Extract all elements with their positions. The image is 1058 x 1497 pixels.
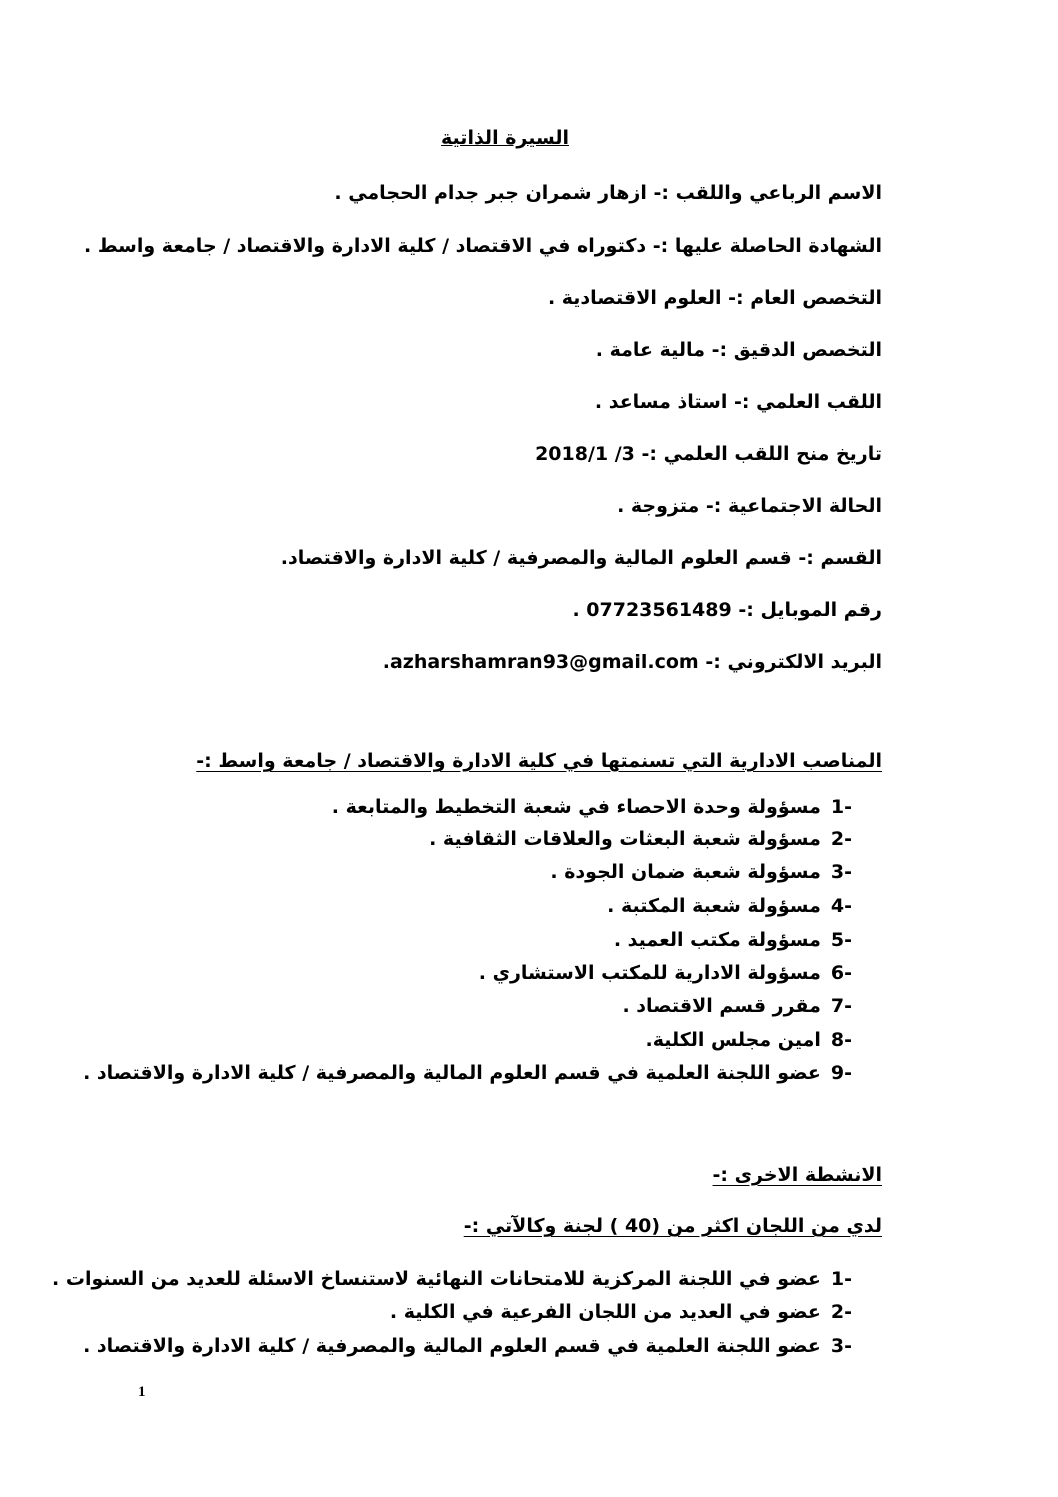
- field-label: التخصص العام :-: [728, 287, 882, 309]
- item-text: عضو في اللجنة المركزية للامتحانات النهائ…: [52, 1268, 821, 1290]
- field-value: استاذ مساعد .: [595, 391, 727, 413]
- item-number: -3: [831, 1333, 852, 1359]
- field-value: ازهار شمران جبر جدام الحجامي .: [334, 182, 647, 204]
- field-value: العلوم الاقتصادية .: [548, 287, 722, 309]
- field-label: القسم :-: [798, 547, 882, 569]
- field-label: التخصص الدقيق :-: [712, 339, 882, 361]
- item-text: مسؤولة مكتب العميد .: [614, 929, 821, 951]
- list-item: -1عضو في اللجنة المركزية للامتحانات النه…: [52, 1266, 852, 1292]
- item-text: مسؤولة وحدة الاحصاء في شعبة التخطيط والم…: [332, 796, 821, 818]
- field-value: 3/ 2018/1: [535, 443, 635, 465]
- item-text: مسؤولة شعبة المكتبة .: [607, 895, 821, 917]
- field-title-date: تاريخ منح اللقب العلمي :- 3/ 2018/1: [535, 441, 882, 467]
- item-number: -6: [831, 960, 852, 986]
- item-text: عضو اللجنة العلمية في قسم العلوم المالية…: [83, 1062, 821, 1084]
- item-text: مسؤولة شعبة البعثات والعلاقات الثقافية .: [429, 828, 821, 850]
- admin-positions-heading: المناصب الادارية التي تسنمتها في كلية ال…: [196, 748, 882, 774]
- document-title: السيرة الذاتية: [440, 127, 570, 149]
- list-item: -7مقرر قسم الاقتصاد .: [622, 993, 852, 1019]
- field-marital-status: الحالة الاجتماعية :- متزوجة .: [617, 493, 882, 519]
- field-email: البريد الالكتروني :- azharshamran93@gmai…: [383, 649, 882, 675]
- item-text: مسؤولة شعبة ضمان الجودة .: [550, 861, 821, 883]
- item-number: -4: [831, 893, 852, 919]
- field-value: متزوجة .: [617, 495, 699, 517]
- field-full-name: الاسم الرباعي واللقب :- ازهار شمران جبر …: [334, 180, 882, 206]
- field-degree: الشهادة الحاصلة عليها :- دكتوراه في الاق…: [84, 233, 882, 259]
- field-general-specialization: التخصص العام :- العلوم الاقتصادية .: [548, 285, 882, 311]
- list-item: -8امين مجلس الكلية.: [645, 1027, 852, 1053]
- field-value: 07723561489 .: [572, 599, 731, 621]
- item-text: عضو اللجنة العلمية في قسم العلوم المالية…: [83, 1335, 821, 1357]
- field-label: البريد الالكتروني :-: [705, 651, 882, 673]
- document-page: السيرة الذاتية الاسم الرباعي واللقب :- ا…: [0, 0, 1058, 1497]
- list-item: -5مسؤولة مكتب العميد .: [614, 927, 852, 953]
- list-item: -4مسؤولة شعبة المكتبة .: [607, 893, 852, 919]
- item-number: -2: [831, 826, 852, 852]
- field-department: القسم :- قسم العلوم المالية والمصرفية / …: [281, 545, 882, 571]
- item-text: عضو في العديد من اللجان الفرعية في الكلي…: [390, 1301, 821, 1323]
- item-text: مسؤولة الادارية للمكتب الاستشاري .: [479, 962, 821, 984]
- item-number: -8: [831, 1027, 852, 1053]
- item-number: -9: [831, 1060, 852, 1086]
- list-item: -2عضو في العديد من اللجان الفرعية في الك…: [390, 1299, 852, 1325]
- item-number: -5: [831, 927, 852, 953]
- list-item: -3مسؤولة شعبة ضمان الجودة .: [550, 859, 852, 885]
- item-text: امين مجلس الكلية.: [645, 1029, 820, 1051]
- other-activities-subheading: لدي من اللجان اكثر من (40 ) لجنة وكالآتي…: [464, 1213, 882, 1239]
- item-number: -1: [831, 1266, 852, 1292]
- item-text: مقرر قسم الاقتصاد .: [622, 995, 820, 1017]
- item-number: -1: [831, 794, 852, 820]
- field-value: مالية عامة .: [596, 339, 705, 361]
- page-number: 1: [138, 1384, 146, 1401]
- field-label: الحالة الاجتماعية :-: [706, 495, 882, 517]
- other-activities-heading: الانشطة الاخرى :-: [713, 1162, 882, 1188]
- field-label: الاسم الرباعي واللقب :-: [653, 182, 882, 204]
- field-specific-specialization: التخصص الدقيق :- مالية عامة .: [596, 337, 882, 363]
- list-item: -3عضو اللجنة العلمية في قسم العلوم المال…: [83, 1333, 852, 1359]
- list-item: -1مسؤولة وحدة الاحصاء في شعبة التخطيط وا…: [332, 794, 852, 820]
- field-mobile: رقم الموبايل :- 07723561489 .: [572, 597, 882, 623]
- list-item: -6مسؤولة الادارية للمكتب الاستشاري .: [479, 960, 852, 986]
- field-label: رقم الموبايل :-: [738, 599, 882, 621]
- item-number: -3: [831, 859, 852, 885]
- item-number: -7: [831, 993, 852, 1019]
- field-label: اللقب العلمي :-: [734, 391, 882, 413]
- field-value: azharshamran93@gmail.com.: [383, 651, 699, 673]
- field-academic-title: اللقب العلمي :- استاذ مساعد .: [595, 389, 882, 415]
- list-item: -2مسؤولة شعبة البعثات والعلاقات الثقافية…: [429, 826, 852, 852]
- field-value: دكتوراه في الاقتصاد / كلية الادارة والاق…: [84, 235, 646, 257]
- item-number: -2: [831, 1299, 852, 1325]
- field-label: الشهادة الحاصلة عليها :-: [653, 235, 882, 257]
- field-value: قسم العلوم المالية والمصرفية / كلية الاد…: [281, 547, 792, 569]
- field-label: تاريخ منح اللقب العلمي :-: [642, 443, 882, 465]
- list-item: -9عضو اللجنة العلمية في قسم العلوم المال…: [83, 1060, 852, 1086]
